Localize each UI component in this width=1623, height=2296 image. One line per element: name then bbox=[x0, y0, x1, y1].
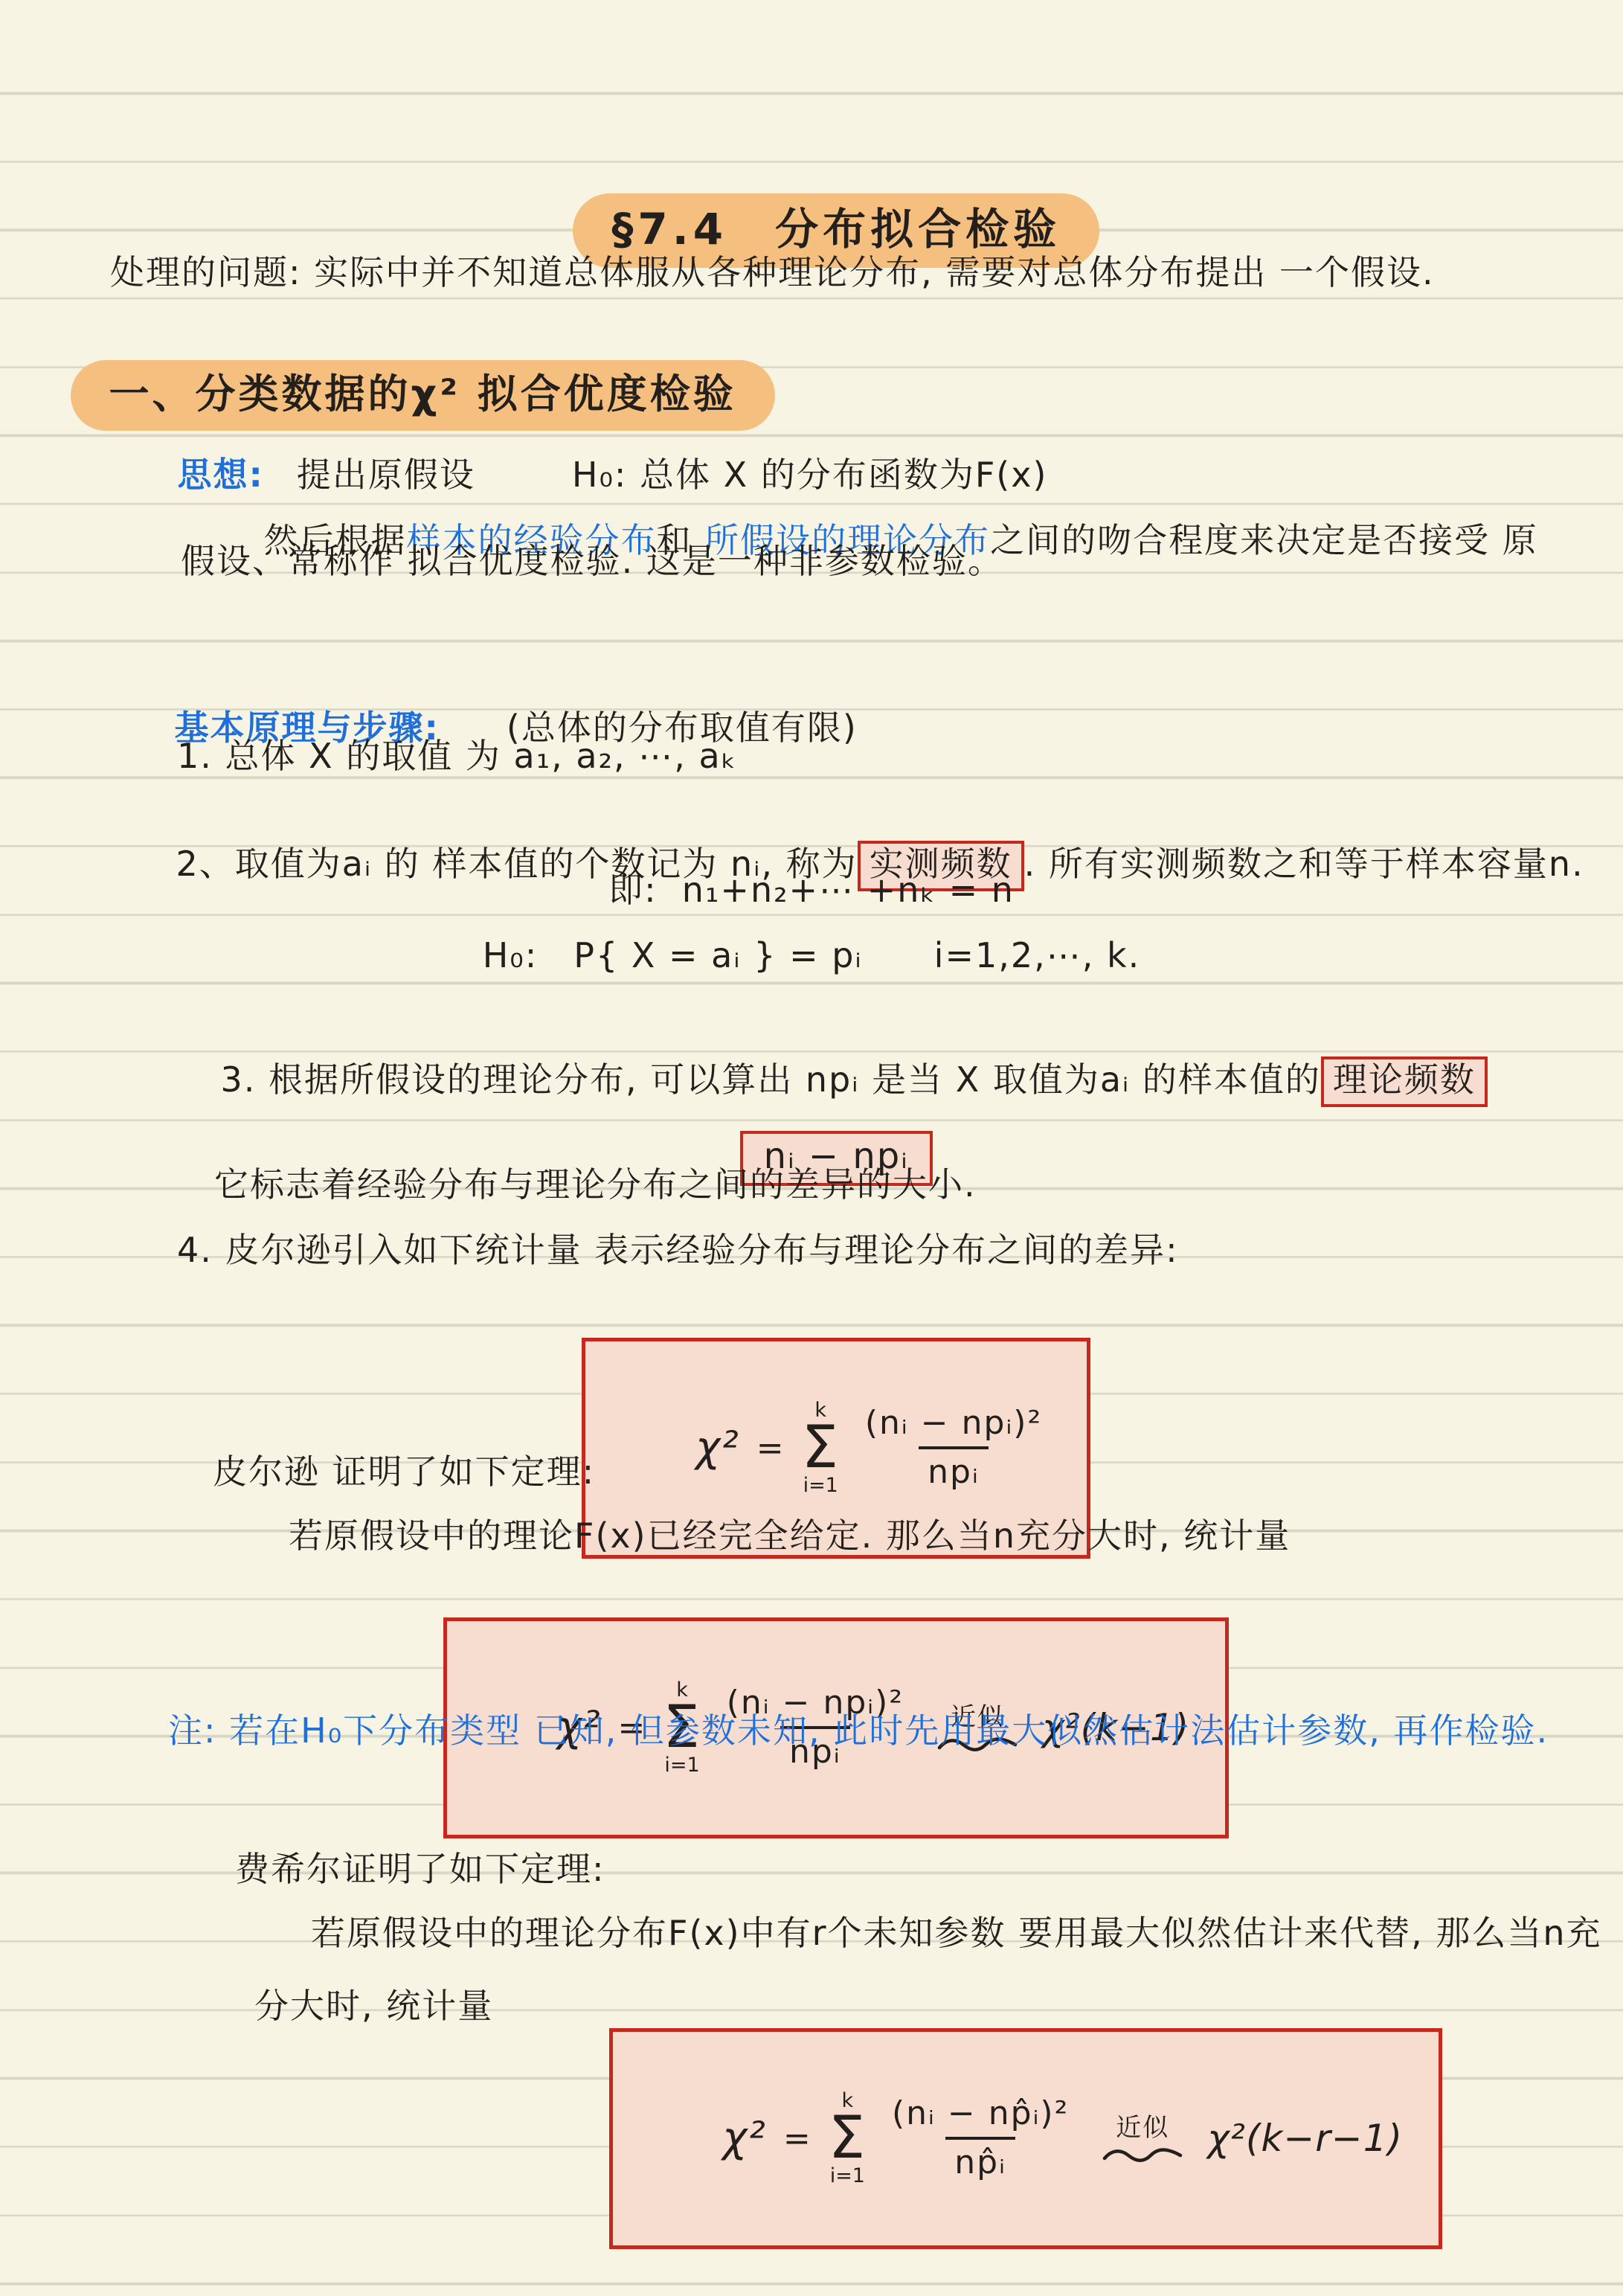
remark-note: 注: 若在H₀下分布类型 已知, 但参数未知, 此时先用最大似然估计法估计参数,… bbox=[168, 1710, 1549, 1753]
sigma-symbol: Σ bbox=[802, 1422, 840, 1474]
idea-black3: 之间的吻合程度来决定是否接受 原 bbox=[990, 520, 1538, 560]
fraction-denominator: npᵢ bbox=[919, 1446, 989, 1489]
step-2: 2、取值为aᵢ 的 样本值的个数记为 nᵢ, 称为实测频数. 所有实测频数之和等… bbox=[126, 798, 1584, 934]
approx-tilde-icon bbox=[1102, 2146, 1183, 2164]
formula-1-equals: = bbox=[756, 1428, 785, 1469]
chi-square-estimated-formula: χ² = k Σ i=1 (nᵢ − np̂ᵢ)² np̂ᵢ 近似 χ²(k−r… bbox=[722, 2091, 1403, 2186]
approx-distribution: 近似 bbox=[1102, 2112, 1183, 2165]
h0-equation: H₀: P{ X = aᵢ } = pᵢ i=1,2,⋯, k. bbox=[0, 934, 1623, 978]
pearson-theorem-body: 若原假设中的理论F(x)已经完全给定. 那么当n充分大时, 统计量 bbox=[289, 1515, 1291, 1558]
chi-square-statistic-formula: χ² = k Σ i=1 (nᵢ − npᵢ)² npᵢ bbox=[695, 1400, 1051, 1495]
sum-lower-limit: i=1 bbox=[664, 1755, 699, 1775]
idea-continuation-2: 假设、常称作 拟合优度检验. 这是一种非参数检验。 bbox=[181, 540, 1003, 583]
step-1: 1. 总体 X 的取值 为 a₁, a₂, ⋯, aₖ bbox=[177, 735, 737, 778]
difference-line: nᵢ − npᵢ bbox=[0, 1088, 1623, 1229]
intro-paragraph: 处理的问题: 实际中并不知道总体服从各种理论分布, 需要对总体分布提出 一个假设… bbox=[110, 251, 1435, 295]
fraction-numerator: (nᵢ − npᵢ)² bbox=[856, 1406, 1051, 1446]
fisher-theorem-body-2: 分大时, 统计量 bbox=[254, 1985, 493, 2028]
sum-lower-limit: i=1 bbox=[803, 1475, 838, 1495]
formula-1-lhs: χ² bbox=[695, 1422, 740, 1474]
fraction: (nᵢ − npᵢ)² npᵢ bbox=[856, 1406, 1051, 1489]
fraction-denominator: np̂ᵢ bbox=[945, 2137, 1015, 2180]
difference-note: 它标志着经验分布与理论分布之间的差异的大小. bbox=[214, 1164, 977, 1207]
fraction-numerator: (nᵢ − np̂ᵢ)² bbox=[883, 2097, 1078, 2137]
summation-operator: k Σ i=1 bbox=[829, 2091, 867, 2186]
notebook-page: §7.4 分布拟合检验 处理的问题: 实际中并不知道总体服从各种理论分布, 需要… bbox=[0, 0, 1623, 2296]
formula-3-box: χ² = k Σ i=1 (nᵢ − np̂ᵢ)² np̂ᵢ 近似 χ²(k−r… bbox=[609, 2028, 1443, 2249]
limit-distribution: χ²(k−r−1) bbox=[1207, 2115, 1403, 2162]
approx-label: 近似 bbox=[1116, 2112, 1169, 2144]
formula-3-equals: = bbox=[783, 2118, 812, 2159]
sum-equation: 即: n₁+n₂+⋯ +nₖ = n bbox=[0, 869, 1623, 912]
formula-3-lhs: χ² bbox=[722, 2112, 767, 2164]
step-4: 4. 皮尔逊引入如下统计量 表示经验分布与理论分布之间的差异: bbox=[177, 1229, 1179, 1272]
summation-operator: k Σ i=1 bbox=[802, 1400, 840, 1495]
fisher-theorem-intro: 费希尔证明了如下定理: bbox=[235, 1848, 605, 1891]
formula-3-line: χ² = k Σ i=1 (nᵢ − np̂ᵢ)² np̂ᵢ 近似 χ²(k−r… bbox=[559, 1985, 1442, 2292]
fraction: (nᵢ − np̂ᵢ)² np̂ᵢ bbox=[883, 2097, 1078, 2180]
fisher-theorem-body-1: 若原假设中的理论分布F(x)中有r个未知参数 要用最大似然估计来代替, 那么当n… bbox=[311, 1912, 1602, 1955]
sigma-symbol: Σ bbox=[829, 2112, 867, 2164]
pearson-theorem-intro: 皮尔逊 证明了如下定理: bbox=[213, 1451, 595, 1494]
sum-lower-limit: i=1 bbox=[830, 2166, 865, 2186]
